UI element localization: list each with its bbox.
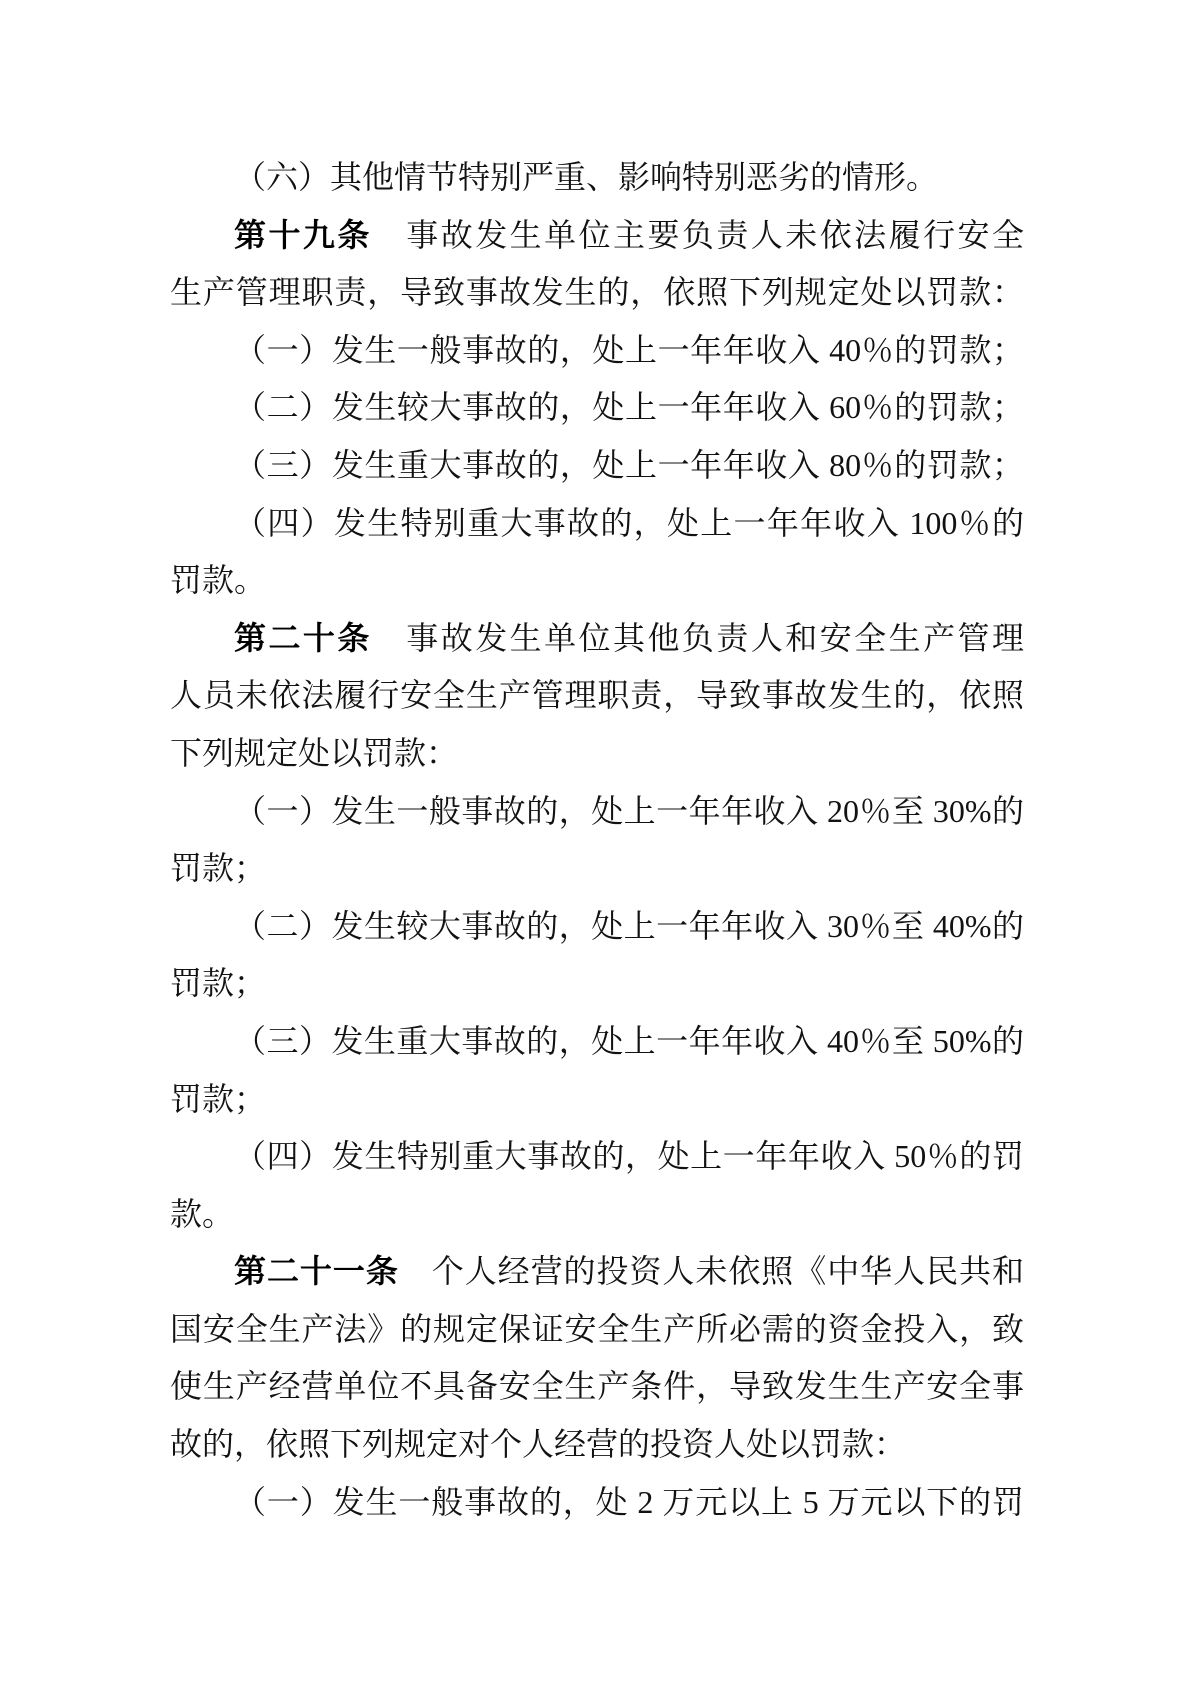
text-run: （四）发生特别重大事故的，处上一年年收入 50％的罚 bbox=[234, 1138, 1024, 1174]
text-line: 下列规定处以罚款： bbox=[170, 725, 1024, 783]
text-run: （六）其他情节特别严重、影响特别恶劣的情形。 bbox=[234, 159, 938, 195]
text-line: （三）发生重大事故的，处上一年年收入 80％的罚款； bbox=[170, 437, 1024, 495]
text-run: （四）发生特别重大事故的，处上一年年收入 100％的 bbox=[234, 505, 1024, 541]
article-20-item-1: （一）发生一般事故的，处上一年年收入 20％至 30%的罚款； bbox=[170, 783, 1024, 898]
text-line: （四）发生特别重大事故的，处上一年年收入 100％的 bbox=[170, 495, 1024, 553]
text-line: 生产管理职责，导致事故发生的，依照下列规定处以罚款： bbox=[170, 264, 1024, 322]
text-line: 罚款。 bbox=[170, 552, 1024, 610]
text-line: （二）发生较大事故的，处上一年年收入 60％的罚款； bbox=[170, 379, 1024, 437]
article-number: 第二十一条 bbox=[234, 1253, 399, 1289]
text-run: 事故发生单位其他负责人和安全生产管理 bbox=[372, 620, 1024, 656]
article-number: 第十九条 bbox=[234, 217, 372, 253]
text-run: （三）发生重大事故的，处上一年年收入 40％至 50%的 bbox=[234, 1023, 1024, 1059]
text-line: 第十九条 事故发生单位主要负责人未依法履行安全 bbox=[170, 207, 1024, 265]
text-line: 款。 bbox=[170, 1186, 1024, 1244]
article-20-item-3: （三）发生重大事故的，处上一年年收入 40％至 50%的罚款； bbox=[170, 1013, 1024, 1128]
text-run: 罚款。 bbox=[170, 562, 266, 598]
text-line: （一）发生一般事故的，处 2 万元以上 5 万元以下的罚 bbox=[170, 1474, 1024, 1532]
text-run: 事故发生单位主要负责人未依法履行安全 bbox=[372, 217, 1024, 253]
article-21-intro: 第二十一条 个人经营的投资人未依照《中华人民共和国安全生产法》的规定保证安全生产… bbox=[170, 1243, 1024, 1473]
text-line: （六）其他情节特别严重、影响特别恶劣的情形。 bbox=[170, 149, 1024, 207]
text-line: 国安全生产法》的规定保证安全生产所必需的资金投入，致 bbox=[170, 1301, 1024, 1359]
document-page: （六）其他情节特别严重、影响特别恶劣的情形。第十九条 事故发生单位主要负责人未依… bbox=[0, 0, 1190, 1683]
article-19-item-3: （三）发生重大事故的，处上一年年收入 80％的罚款； bbox=[170, 437, 1024, 495]
text-run: （二）发生较大事故的，处上一年年收入 30％至 40%的 bbox=[234, 908, 1024, 944]
text-run: （一）发生一般事故的，处上一年年收入 40％的罚款； bbox=[234, 332, 1024, 368]
text-run: 使生产经营单位不具备安全生产条件，导致发生生产安全事 bbox=[170, 1368, 1024, 1404]
article-20-item-4: （四）发生特别重大事故的，处上一年年收入 50％的罚款。 bbox=[170, 1128, 1024, 1243]
text-line: 罚款； bbox=[170, 955, 1024, 1013]
text-run: （二）发生较大事故的，处上一年年收入 60％的罚款； bbox=[234, 389, 1024, 425]
text-line: （二）发生较大事故的，处上一年年收入 30％至 40%的 bbox=[170, 898, 1024, 956]
text-line: 第二十条 事故发生单位其他负责人和安全生产管理 bbox=[170, 610, 1024, 668]
article-19-item-4: （四）发生特别重大事故的，处上一年年收入 100％的罚款。 bbox=[170, 495, 1024, 610]
article-20-item-2: （二）发生较大事故的，处上一年年收入 30％至 40%的罚款； bbox=[170, 898, 1024, 1013]
text-run: 罚款； bbox=[170, 965, 266, 1001]
text-run: 人员未依法履行安全生产管理职责，导致事故发生的，依照 bbox=[170, 677, 1024, 713]
text-run: 个人经营的投资人未依照《中华人民共和 bbox=[399, 1253, 1024, 1289]
text-line: （四）发生特别重大事故的，处上一年年收入 50％的罚 bbox=[170, 1128, 1024, 1186]
text-run: 款。 bbox=[170, 1196, 234, 1232]
text-run: 生产管理职责，导致事故发生的，依照下列规定处以罚款： bbox=[170, 274, 1024, 310]
text-run: 故的，依照下列规定对个人经营的投资人处以罚款： bbox=[170, 1426, 906, 1462]
article-19-item-1: （一）发生一般事故的，处上一年年收入 40％的罚款； bbox=[170, 322, 1024, 380]
item-6-of-previous-article: （六）其他情节特别严重、影响特别恶劣的情形。 bbox=[170, 149, 1024, 207]
text-run: （三）发生重大事故的，处上一年年收入 80％的罚款； bbox=[234, 447, 1024, 483]
text-line: （三）发生重大事故的，处上一年年收入 40％至 50%的 bbox=[170, 1013, 1024, 1071]
text-line: 第二十一条 个人经营的投资人未依照《中华人民共和 bbox=[170, 1243, 1024, 1301]
text-line: （一）发生一般事故的，处上一年年收入 20％至 30%的 bbox=[170, 783, 1024, 841]
text-run: 下列规定处以罚款： bbox=[170, 735, 458, 771]
text-line: 故的，依照下列规定对个人经营的投资人处以罚款： bbox=[170, 1416, 1024, 1474]
text-line: 使生产经营单位不具备安全生产条件，导致发生生产安全事 bbox=[170, 1358, 1024, 1416]
article-21-item-1: （一）发生一般事故的，处 2 万元以上 5 万元以下的罚 bbox=[170, 1474, 1024, 1532]
text-line: 人员未依法履行安全生产管理职责，导致事故发生的，依照 bbox=[170, 667, 1024, 725]
text-run: （一）发生一般事故的，处上一年年收入 20％至 30%的 bbox=[234, 793, 1024, 829]
article-20-intro: 第二十条 事故发生单位其他负责人和安全生产管理人员未依法履行安全生产管理职责，导… bbox=[170, 610, 1024, 783]
text-line: 罚款； bbox=[170, 840, 1024, 898]
article-19-item-2: （二）发生较大事故的，处上一年年收入 60％的罚款； bbox=[170, 379, 1024, 437]
article-19-intro: 第十九条 事故发生单位主要负责人未依法履行安全生产管理职责，导致事故发生的，依照… bbox=[170, 207, 1024, 322]
text-line: 罚款； bbox=[170, 1071, 1024, 1129]
text-run: 罚款； bbox=[170, 850, 266, 886]
text-run: 国安全生产法》的规定保证安全生产所必需的资金投入，致 bbox=[170, 1311, 1024, 1347]
document-body: （六）其他情节特别严重、影响特别恶劣的情形。第十九条 事故发生单位主要负责人未依… bbox=[170, 149, 1024, 1531]
article-number: 第二十条 bbox=[234, 620, 372, 656]
text-line: （一）发生一般事故的，处上一年年收入 40％的罚款； bbox=[170, 322, 1024, 380]
text-run: 罚款； bbox=[170, 1081, 266, 1117]
text-run: （一）发生一般事故的，处 2 万元以上 5 万元以下的罚 bbox=[234, 1484, 1024, 1520]
